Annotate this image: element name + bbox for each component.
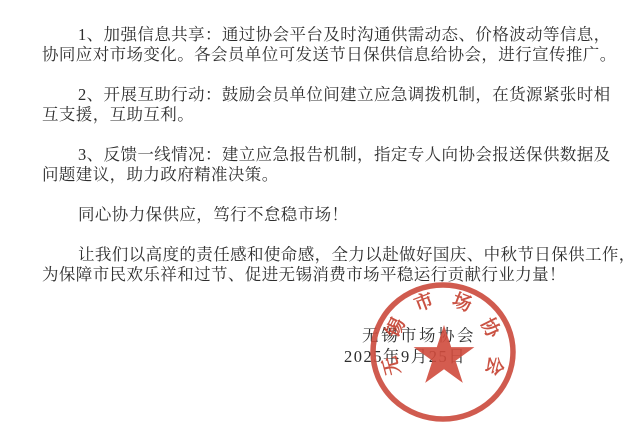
body-paragraph: 1、加强信息共享：通过协会平台及时沟通供需动态、价格波动等信息， 协同应对市场变… [42, 25, 638, 65]
seal-ring-char: 会 [481, 354, 508, 378]
paragraph-line: 同心协力保供应，笃行不怠稳市场！ [42, 205, 638, 225]
body-paragraph: 2、开展互助行动：鼓励会员单位间建立应急调拨机制，在货源紧张时相 互支援，互助互… [42, 85, 638, 125]
paragraph-line: 问题建议，助力政府精准决策。 [42, 165, 638, 185]
body-paragraph: 3、反馈一线情况：建立应急报告机制，指定专人向协会报送保供数据及 问题建议，助力… [42, 145, 638, 185]
body-paragraph: 让我们以高度的责任感和使命感，全力以赴做好国庆、中秋节日保供工作， 为保障市民欢… [42, 245, 638, 285]
body-paragraph: 同心协力保供应，笃行不怠稳市场！ [42, 205, 638, 225]
paragraph-line: 3、反馈一线情况：建立应急报告机制，指定专人向协会报送保供数据及 [42, 145, 638, 165]
official-seal: 无 锡 市 场 协 会 [365, 274, 521, 430]
paragraph-line: 让我们以高度的责任感和使命感，全力以赴做好国庆、中秋节日保供工作， [42, 245, 638, 265]
paragraph-line: 2、开展互助行动：鼓励会员单位间建立应急调拨机制，在货源紧张时相 [42, 85, 638, 105]
star-icon [414, 325, 475, 383]
paragraph-line: 为保障市民欢乐祥和过节、促进无锡消费市场平稳运行贡献行业力量！ [42, 265, 638, 285]
paragraph-line: 互支援，互助互利。 [42, 105, 638, 125]
paragraph-line: 1、加强信息共享：通过协会平台及时沟通供需动态、价格波动等信息， [42, 25, 638, 45]
seal-ring-char: 无 [379, 354, 405, 378]
document-body: 1、加强信息共享：通过协会平台及时沟通供需动态、价格波动等信息， 协同应对市场变… [42, 25, 638, 305]
document-page: 1、加强信息共享：通过协会平台及时沟通供需动态、价格波动等信息， 协同应对市场变… [0, 0, 640, 433]
paragraph-line: 协同应对市场变化。各会员单位可发送节日保供信息给协会，进行宣传推广。 [42, 45, 638, 65]
